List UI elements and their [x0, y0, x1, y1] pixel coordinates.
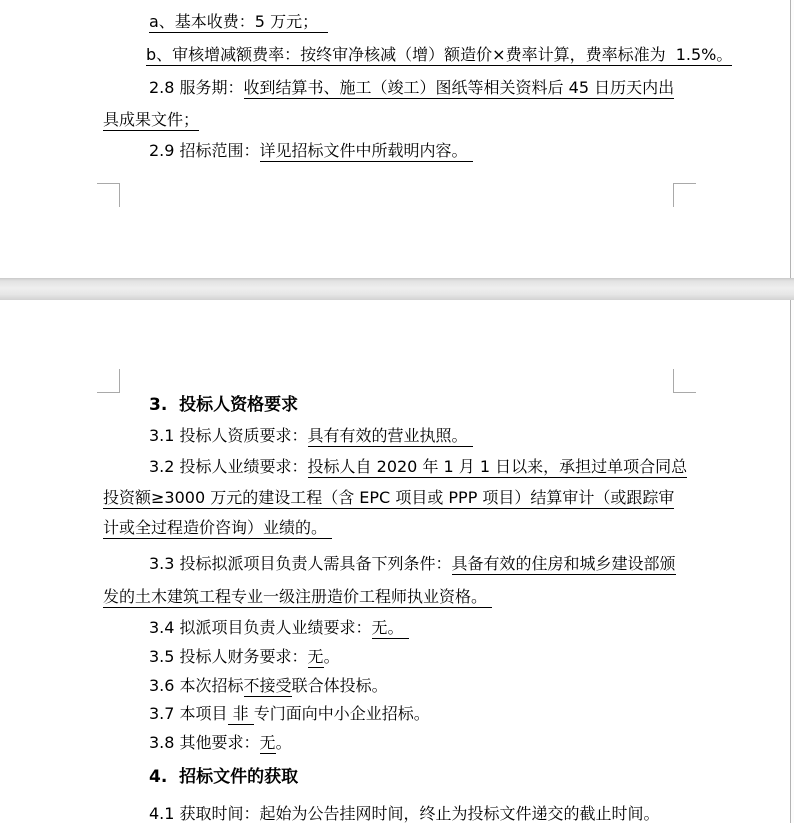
- text-segment: 2.8 服务期：: [149, 78, 244, 98]
- underlined-text-segment: 不接受: [244, 676, 292, 697]
- document-canvas: a、基本收费：5 万元； b、审核增减额费率：按终审净核减（增）额造价×费率计算…: [0, 0, 794, 823]
- underlined-text-segment: 无: [308, 647, 324, 668]
- line-3-5-financial[interactable]: 3.5 投标人财务要求：无。: [149, 647, 340, 667]
- line-3-2-performance[interactable]: 3.2 投标人业绩要求：投标人自 2020 年 1 月 1 日以来，承担过单项合…: [149, 457, 687, 477]
- text-segment: 3.7 本项目: [149, 704, 228, 724]
- text-segment: 专门面向中小企业招标。: [254, 704, 430, 724]
- underlined-text-segment: a、基本收费：5 万元；: [149, 12, 328, 33]
- line-4-1-obtain-time[interactable]: 4.1 获取时间：起始为公告挂网时间，终止为投标文件递交的截止时间。: [149, 804, 660, 823]
- underlined-text-segment: 投资额≥3000 万元的建设工程（含 EPC 项目或 PPP 项目）结算审计（或…: [103, 488, 674, 509]
- page-gap: [0, 278, 794, 300]
- text-segment: 3. 投标人资格要求: [149, 395, 298, 415]
- heading-3-bidder-qualification[interactable]: 3. 投标人资格要求: [149, 395, 298, 415]
- underlined-text-segment: 具成果文件；: [103, 110, 199, 131]
- text-segment: 3.2 投标人业绩要求：: [149, 457, 308, 477]
- line-3-3-project-leader[interactable]: 3.3 投标拟派项目负责人需具备下列条件：具备有效的住房和城乡建设部颁: [149, 554, 676, 574]
- line-3-1-qualification[interactable]: 3.1 投标人资质要求：具有有效的营业执照。: [149, 426, 473, 446]
- line-3-2-continuation-2[interactable]: 计或全过程造价咨询）业绩的。: [103, 518, 332, 538]
- text-segment: 3.5 投标人财务要求：: [149, 647, 308, 667]
- underlined-text-segment: 投标人自 2020 年 1 月 1 日以来，承担过单项合同总: [308, 457, 688, 478]
- line-b-audit-rate[interactable]: b、审核增减额费率：按终审净核减（增）额造价×费率计算，费率标准为 1.5%。: [146, 45, 732, 65]
- page-2-top[interactable]: 3. 投标人资格要求3.1 投标人资质要求：具有有效的营业执照。 3.2 投标人…: [0, 300, 791, 823]
- text-segment: 联合体投标。: [292, 676, 388, 696]
- text-segment: 4. 招标文件的获取: [149, 767, 298, 787]
- text-segment: 2.9 招标范围：: [149, 141, 260, 161]
- text-segment: 。: [276, 733, 292, 753]
- margin-crop-mark-bottom-left: [97, 183, 120, 207]
- page-1-bottom[interactable]: a、基本收费：5 万元； b、审核增减额费率：按终审净核减（增）额造价×费率计算…: [0, 0, 791, 278]
- text-segment: 3.4 拟派项目负责人业绩要求：: [149, 618, 372, 638]
- line-3-3-continuation[interactable]: 发的土木建筑工程专业一级注册造价工程师执业资格。: [103, 587, 492, 607]
- margin-crop-mark-top-left: [97, 369, 120, 393]
- line-3-2-continuation-1[interactable]: 投资额≥3000 万元的建设工程（含 EPC 项目或 PPP 项目）结算审计（或…: [103, 488, 674, 508]
- line-2-9-bid-scope[interactable]: 2.9 招标范围：详见招标文件中所载明内容。: [149, 141, 473, 161]
- margin-crop-mark-top-right: [673, 369, 696, 393]
- line-2-8-continuation[interactable]: 具成果文件；: [103, 110, 199, 130]
- underlined-text-segment: 具备有效的住房和城乡建设部颁: [452, 554, 676, 575]
- underlined-text-segment: 无。: [372, 618, 409, 639]
- underlined-text-segment: 收到结算书、施工（竣工）图纸等相关资料后 45 日历天内出: [244, 78, 675, 99]
- line-3-4-leader-performance[interactable]: 3.4 拟派项目负责人业绩要求：无。: [149, 618, 409, 638]
- underlined-text-segment: 详见招标文件中所载明内容。: [260, 141, 473, 162]
- underlined-text-segment: b、审核增减额费率：按终审净核减（增）额造价×费率计算，费率标准为 1.5%。: [146, 45, 732, 66]
- underlined-text-segment: 具有有效的营业执照。: [308, 426, 473, 447]
- text-segment: 3.1 投标人资质要求：: [149, 426, 308, 446]
- underlined-text-segment: 无: [260, 733, 276, 754]
- line-2-8-service-period[interactable]: 2.8 服务期：收到结算书、施工（竣工）图纸等相关资料后 45 日历天内出: [149, 78, 674, 98]
- line-a-basic-fee[interactable]: a、基本收费：5 万元；: [149, 12, 328, 32]
- line-3-6-consortium[interactable]: 3.6 本次招标不接受联合体投标。: [149, 676, 388, 696]
- text-segment: 3.6 本次招标: [149, 676, 244, 696]
- margin-crop-mark-bottom-right: [673, 183, 696, 207]
- heading-4-obtain-documents[interactable]: 4. 招标文件的获取: [149, 767, 298, 787]
- text-segment: 4.1 获取时间：起始为公告挂网时间，终止为投标文件递交的截止时间。: [149, 804, 660, 823]
- line-3-7-sme[interactable]: 3.7 本项目 非 专门面向中小企业招标。: [149, 704, 430, 724]
- underlined-text-segment: 发的土木建筑工程专业一级注册造价工程师执业资格。: [103, 587, 492, 608]
- line-3-8-other[interactable]: 3.8 其他要求：无。: [149, 733, 292, 753]
- text-segment: 。: [324, 647, 340, 667]
- underlined-text-segment: 计或全过程造价咨询）业绩的。: [103, 518, 332, 539]
- text-segment: 3.8 其他要求：: [149, 733, 260, 753]
- underlined-text-segment: 非: [228, 704, 254, 725]
- text-segment: 3.3 投标拟派项目负责人需具备下列条件：: [149, 554, 452, 574]
